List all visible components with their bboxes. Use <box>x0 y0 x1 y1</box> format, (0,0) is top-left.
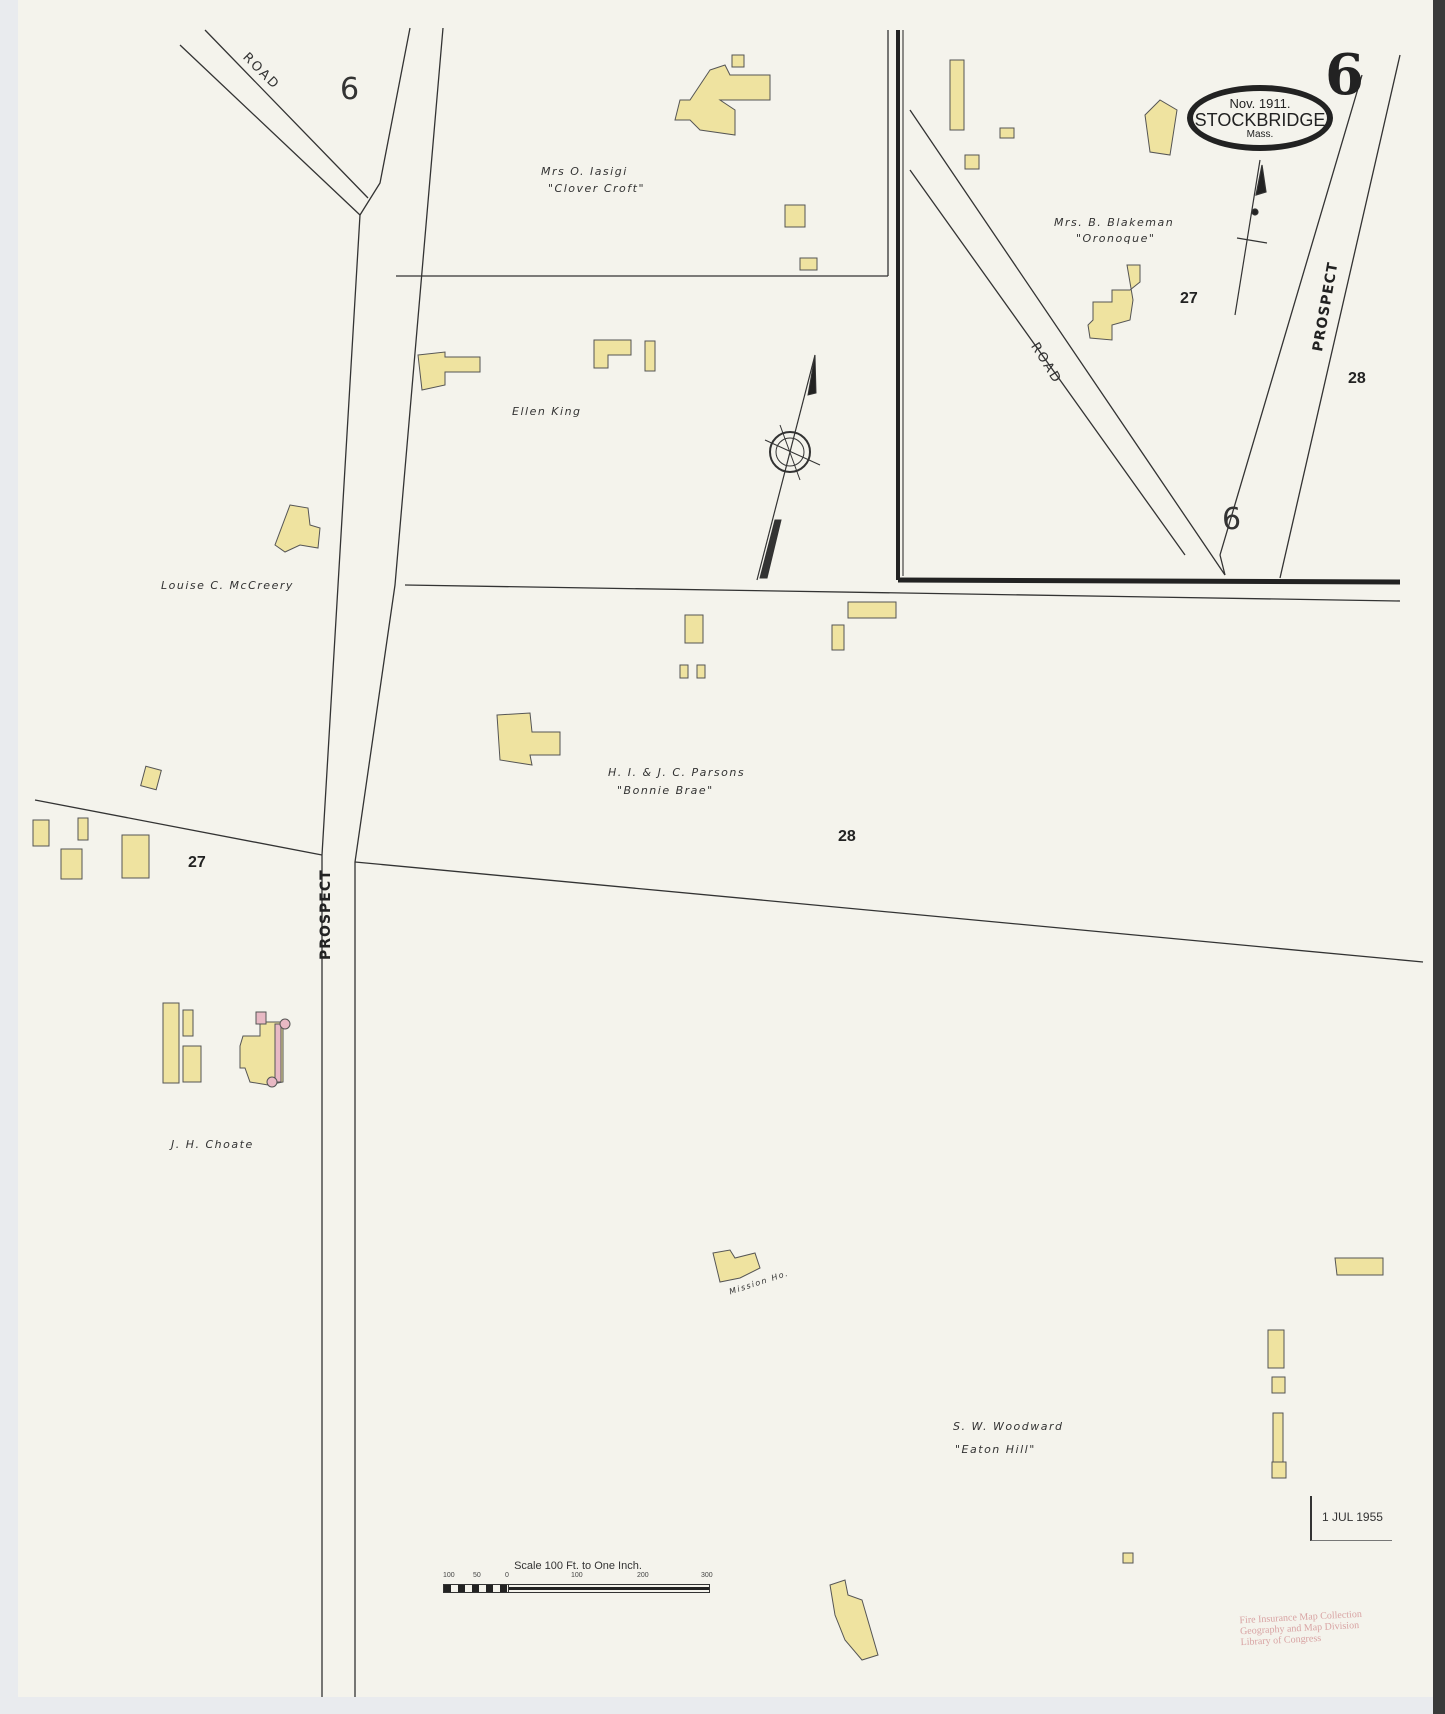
estate-label: "Eaton Hill" <box>955 1443 1036 1456</box>
owner-label: S. W. Woodward <box>953 1420 1064 1433</box>
block-number: 27 <box>188 854 206 872</box>
street-prospect: PROSPECT <box>318 869 334 960</box>
date-stamp: 1 JUL 1955 <box>1310 1496 1392 1541</box>
scale-checkered <box>443 1584 509 1593</box>
title-state: Mass. <box>1193 129 1327 140</box>
block-number: 28 <box>838 828 856 846</box>
scale-label: Scale 100 Ft. to One Inch. <box>443 1560 713 1572</box>
title-city: STOCKBRIDGE <box>1193 111 1327 129</box>
estate-label: "Bonnie Brae" <box>617 784 714 797</box>
map-linework <box>0 0 1445 1714</box>
owner-label: Louise C. McCreery <box>161 579 294 592</box>
owner-label: J. H. Choate <box>171 1138 254 1151</box>
north-arrow-icon <box>1235 160 1267 315</box>
collection-stamp: Fire Insurance Map Collection Geography … <box>1239 1609 1363 1648</box>
owner-label: Mrs. B. Blakeman <box>1054 216 1174 229</box>
estate-label: "Oronoque" <box>1076 232 1155 245</box>
block-number: 27 <box>1180 290 1198 308</box>
owner-label: Ellen King <box>512 405 582 418</box>
compass-rose-icon <box>757 355 820 580</box>
title-date: Nov. 1911. <box>1193 96 1327 111</box>
scale-ticks: 100 50 0 100 200 300 <box>443 1572 713 1584</box>
scale-bar: Scale 100 Ft. to One Inch. 100 50 0 100 … <box>443 1560 713 1602</box>
title-cartouche: Nov. 1911. STOCKBRIDGE Mass. <box>1187 85 1333 151</box>
sheet-ref: 6 <box>1222 502 1241 537</box>
owner-label: Mrs O. Iasigi <box>541 165 628 178</box>
block-number: 28 <box>1348 370 1366 388</box>
owner-label: H. I. & J. C. Parsons <box>608 766 745 779</box>
sheet-ref: 6 <box>340 72 359 107</box>
estate-label: "Clover Croft" <box>548 182 645 195</box>
scale-solid <box>509 1584 710 1593</box>
sheet-number: 6 <box>1325 42 1364 108</box>
